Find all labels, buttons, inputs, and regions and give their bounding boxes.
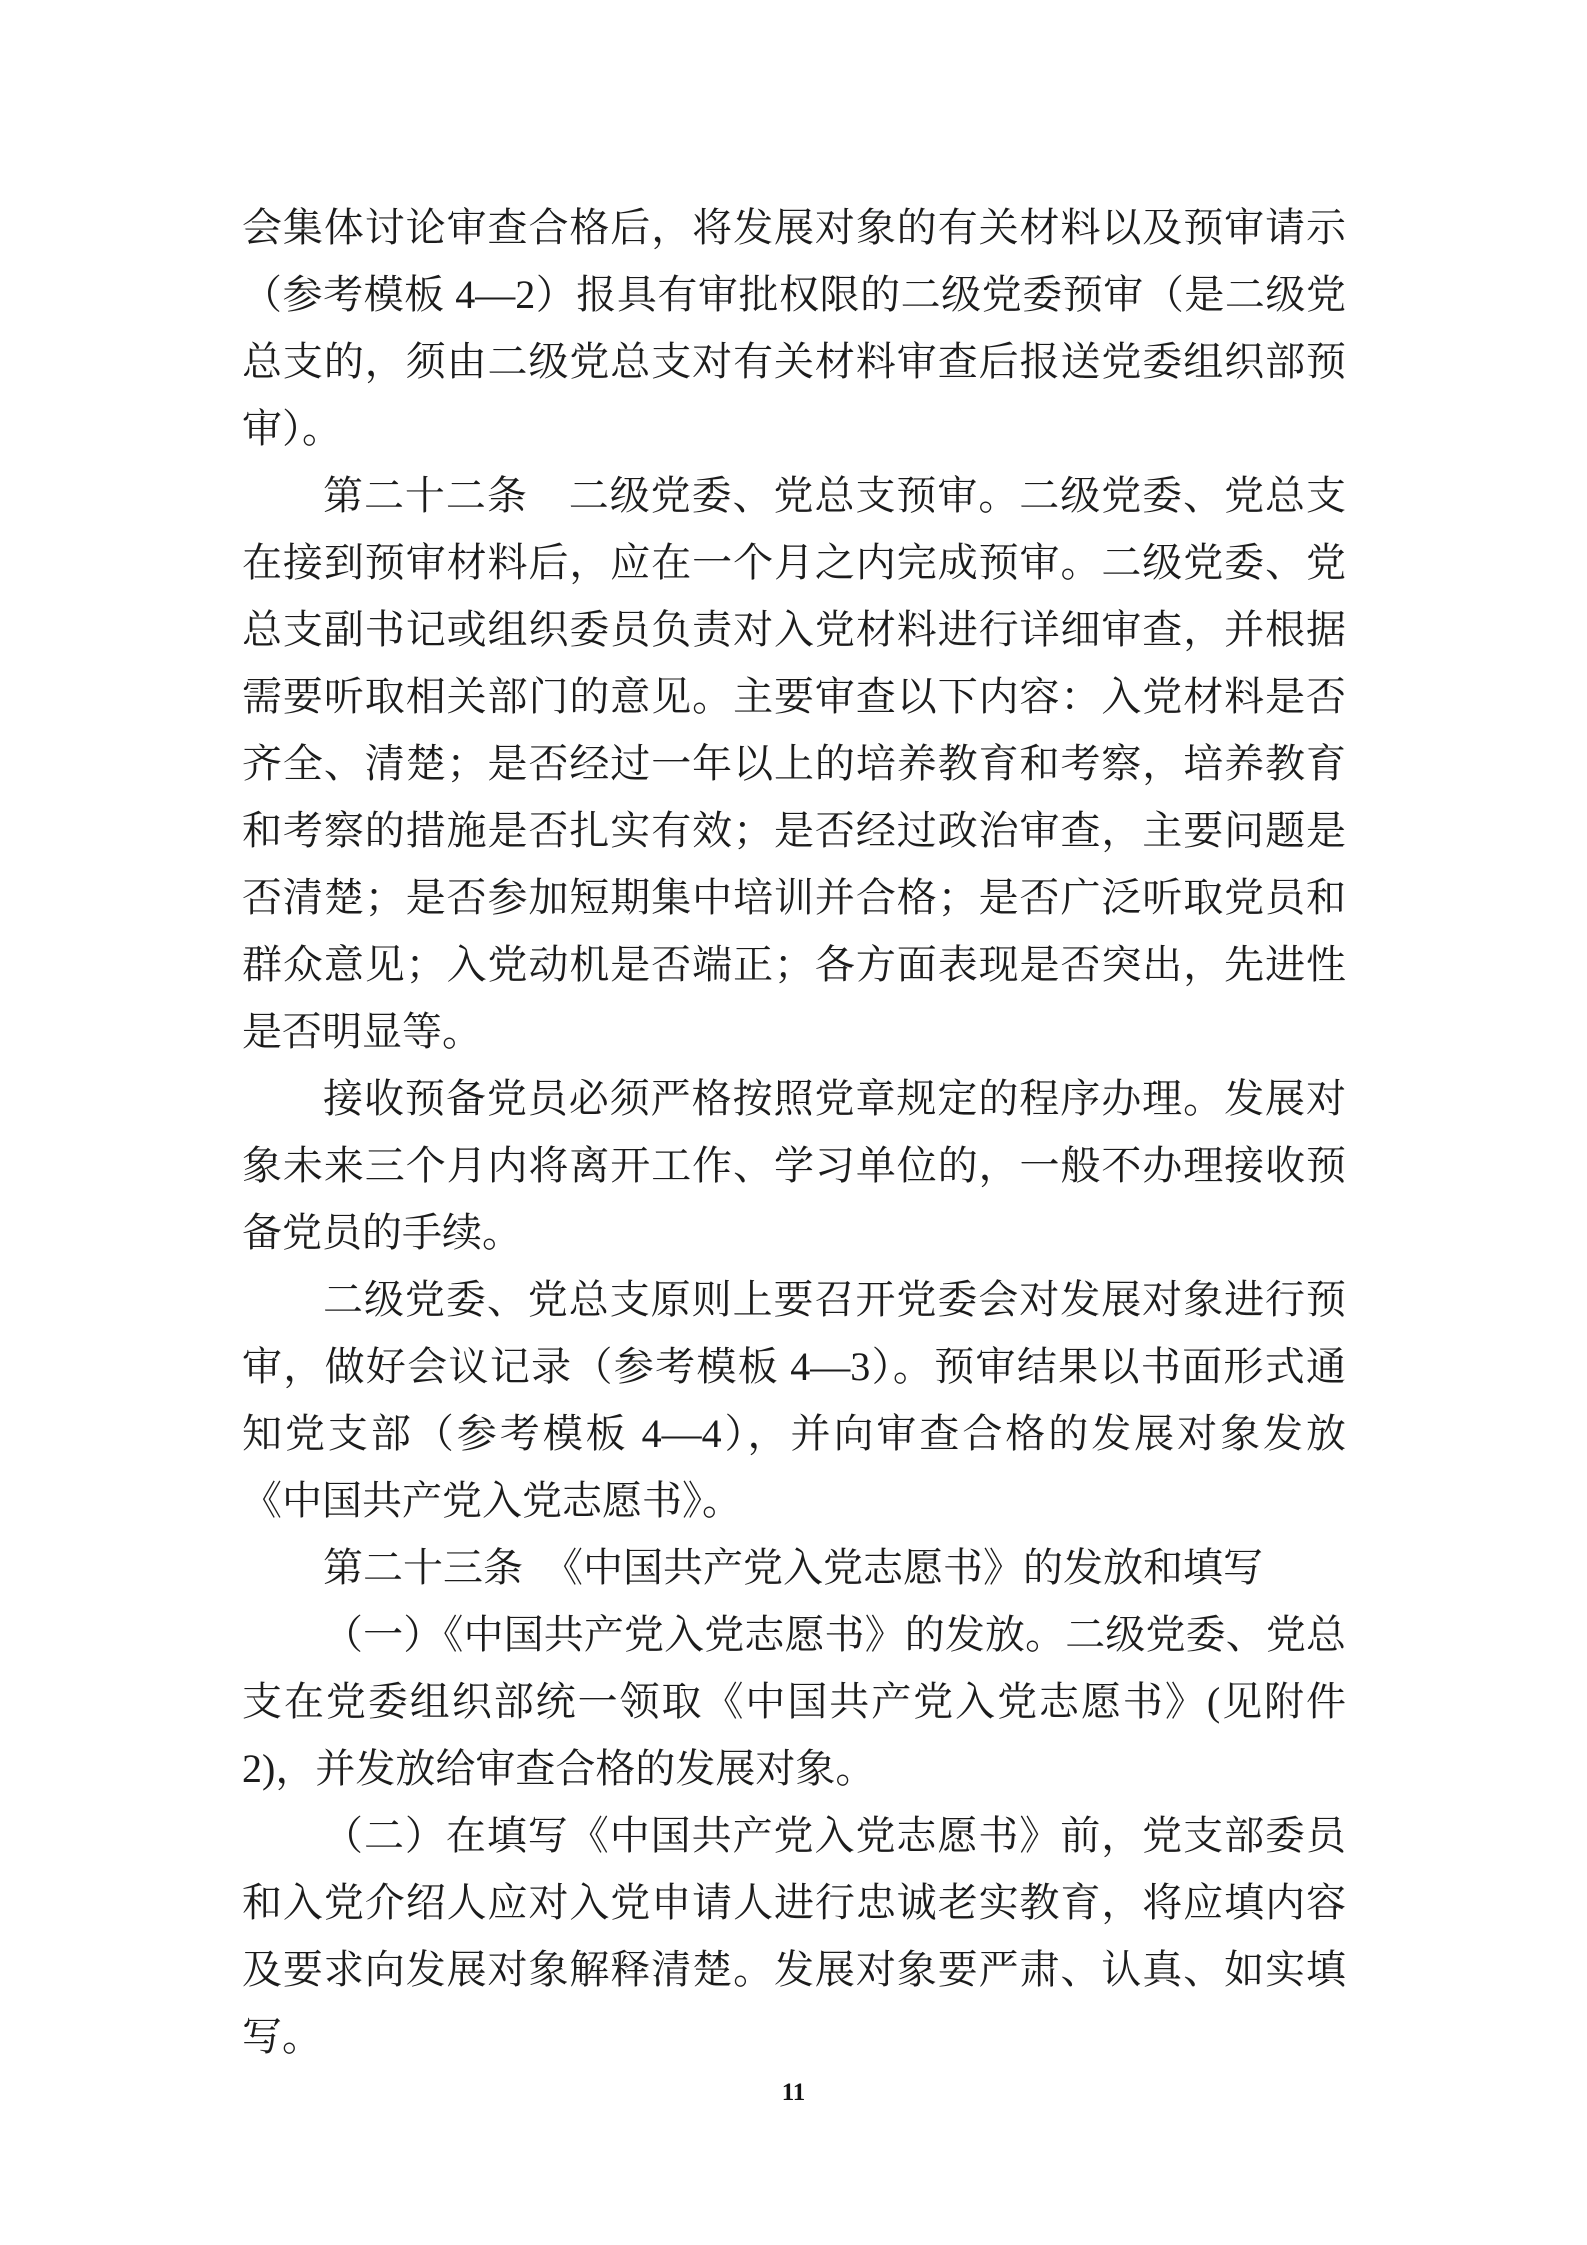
paragraph-item-1: （一）《中国共产党入党志愿书》的发放。二级党委、党总支在党委组织部统一领取《中国…: [242, 1601, 1346, 1802]
paragraph-article-22: 第二十二条 二级党委、党总支预审。二级党委、党总支在接到预审材料后，应在一个月之…: [242, 462, 1346, 1065]
paragraph-continuation: 会集体讨论审查合格后，将发展对象的有关材料以及预审请示（参考模板 4—2）报具有…: [242, 194, 1346, 462]
document-page: 会集体讨论审查合格后，将发展对象的有关材料以及预审请示（参考模板 4—2）报具有…: [0, 0, 1587, 2245]
paragraph: 接收预备党员必须严格按照党章规定的程序办理。发展对象未来三个月内将离开工作、学习…: [242, 1065, 1346, 1266]
paragraph-article-23: 第二十三条 《中国共产党入党志愿书》的发放和填写: [242, 1534, 1346, 1601]
page-number: 11: [0, 2080, 1587, 2105]
paragraph: 二级党委、党总支原则上要召开党委会对发展对象进行预审，做好会议记录（参考模板 4…: [242, 1266, 1346, 1534]
body-text: 会集体讨论审查合格后，将发展对象的有关材料以及预审请示（参考模板 4—2）报具有…: [242, 194, 1346, 2070]
paragraph-item-2: （二）在填写《中国共产党入党志愿书》前，党支部委员和入党介绍人应对入党申请人进行…: [242, 1802, 1346, 2070]
